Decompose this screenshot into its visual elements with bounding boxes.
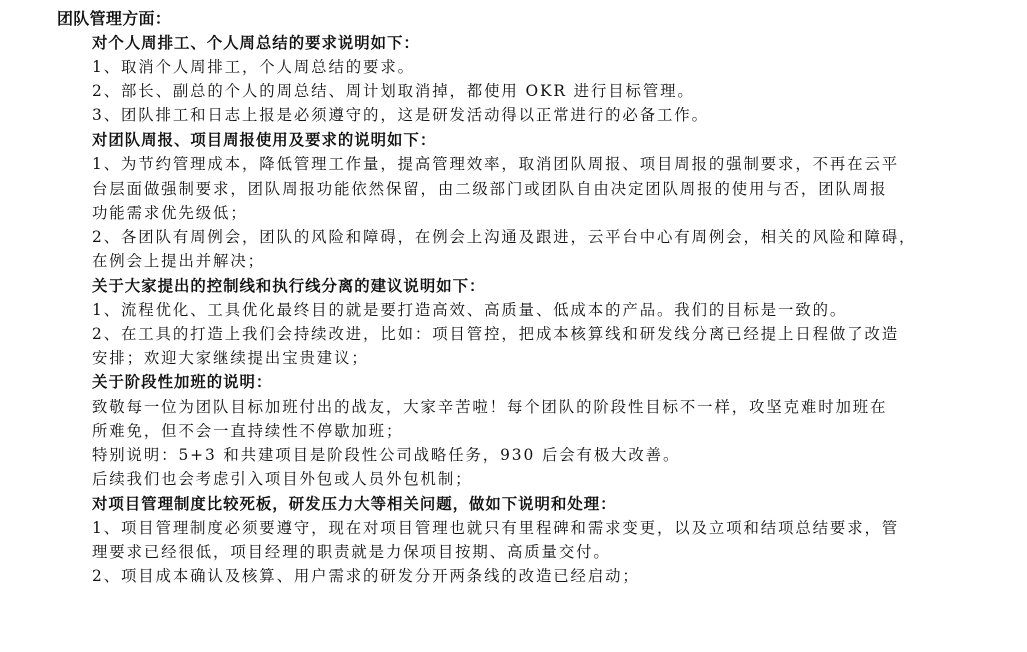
subheading-personal-weekly: 对个人周排工、个人周总结的要求说明如下：	[92, 31, 972, 55]
paragraph-line: 1、取消个人周排工，个人周总结的要求。	[92, 55, 972, 79]
paragraph-line: 后续我们也会考虑引入项目外包或人员外包机制；	[92, 467, 972, 491]
subheading-phased-overtime: 关于阶段性加班的说明：	[92, 370, 972, 394]
paragraph-line: 2、在工具的打造上我们会持续改进，比如：项目管控，把成本核算线和研发线分离已经提…	[92, 322, 972, 346]
paragraph-line: 1、为节约管理成本，降低管理工作量，提高管理效率，取消团队周报、项目周报的强制要…	[92, 152, 972, 176]
paragraph-line: 特别说明：5+3 和共建项目是阶段性公司战略任务，930 后会有极大改善。	[92, 443, 972, 467]
paragraph-line: 2、部长、副总的个人的周总结、周计划取消掉，都使用 OKR 进行目标管理。	[92, 79, 972, 103]
subheading-control-execution-lines: 关于大家提出的控制线和执行线分离的建议说明如下：	[92, 274, 972, 298]
paragraph-line: 理要求已经很低，项目经理的职责就是力保项目按期、高质量交付。	[92, 540, 972, 564]
paragraph-line: 3、团队排工和日志上报是必须遵守的，这是研发活动得以正常进行的必备工作。	[92, 103, 972, 127]
paragraph-line: 在例会上提出并解决；	[92, 249, 972, 273]
paragraph-line: 1、流程优化、工具优化最终目的就是要打造高效、高质量、低成本的产品。我们的目标是…	[92, 298, 972, 322]
paragraph-line: 所难免，但不会一直持续性不停歇加班；	[92, 419, 972, 443]
paragraph-line: 2、项目成本确认及核算、用户需求的研发分开两条线的改造已经启动；	[92, 564, 972, 588]
subheading-team-weekly-report: 对团队周报、项目周报使用及要求的说明如下：	[92, 128, 972, 152]
section-title: 团队管理方面：	[57, 7, 171, 31]
paragraph-line: 安排；欢迎大家继续提出宝贵建议；	[92, 346, 972, 370]
paragraph-line: 2、各团队有周例会，团队的风险和障碍，在例会上沟通及跟进，云平台中心有周例会，相…	[92, 225, 972, 249]
paragraph-line: 致敬每一位为团队目标加班付出的战友，大家辛苦啦！每个团队的阶段性目标不一样，攻坚…	[92, 395, 972, 419]
paragraph-line: 1、项目管理制度必须要遵守，现在对项目管理也就只有里程碑和需求变更，以及立项和结…	[92, 516, 972, 540]
paragraph-line: 功能需求优先级低；	[92, 201, 972, 225]
subheading-project-management: 对项目管理制度比较死板，研发压力大等相关问题，做如下说明和处理：	[92, 492, 972, 516]
paragraph-line: 台层面做强制要求，团队周报功能依然保留，由二级部门或团队自由决定团队周报的使用与…	[92, 177, 972, 201]
